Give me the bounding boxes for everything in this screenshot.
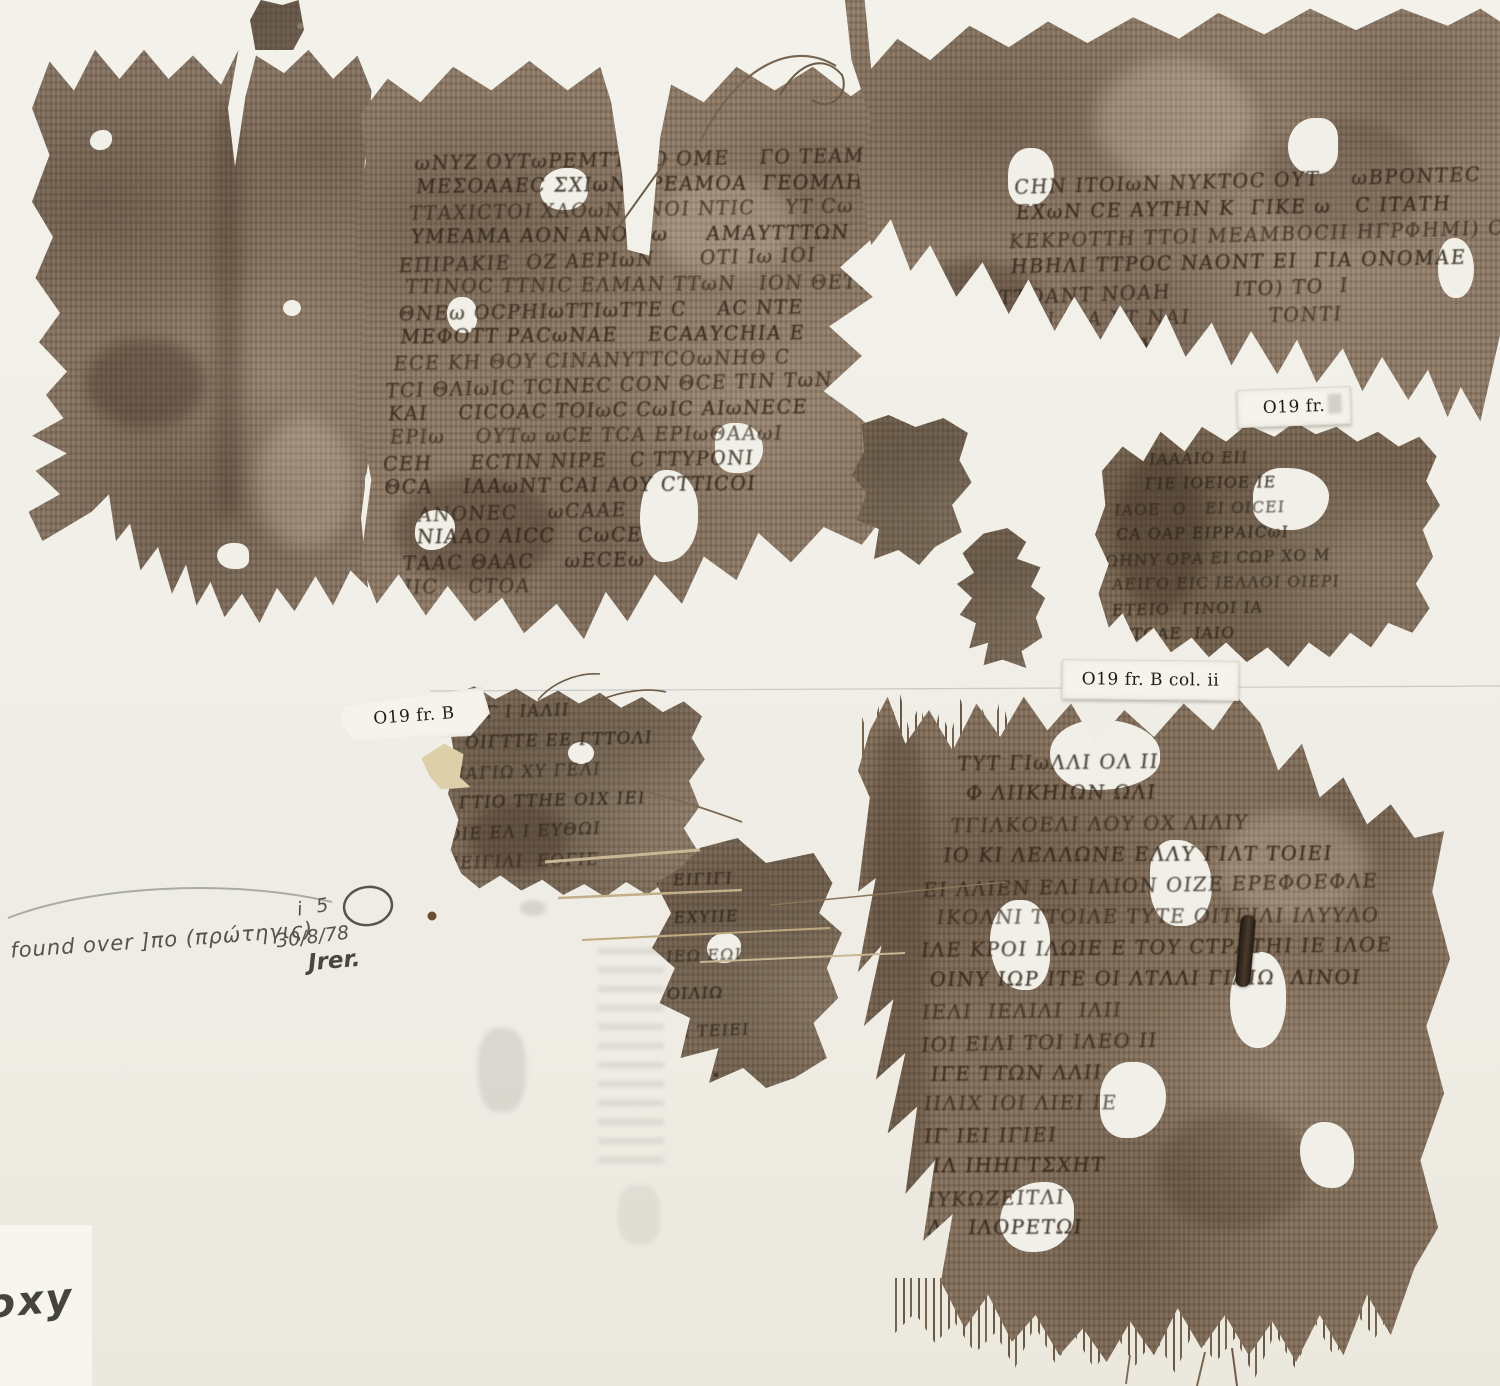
papyrus-fragment-top-middle: ωΝΥΖ ΟΥΤωΡΕΜΤΤΑΙΟ ΟΜΕ ΓΟ ΤΕΑΜΕΜΕΣΟΑΑΕC Σ… <box>355 55 900 645</box>
papyrus-text-line: ΙΙC CΤΟΑ <box>372 571 861 601</box>
papyrus-fragment-bottom-arm: ΕΙΓΙΓΙΕΧΥΙΙΕΙΕΩ ΕΩΙΟΙΛΙΩΟΘΙ ΤΕΙΕΙ <box>652 838 842 1088</box>
papyrus-text-line: ΙΛΕ ΚΡΟΙ ΙΛΩΙΕ Ε ΤΟΥ CΤΡΛΤΗΙ ΙΕ ΙΛΟΕ <box>919 929 1394 966</box>
papyrus-text-line: Ι <box>999 352 1500 390</box>
papyrus-text-line: Φ ΛΙΙΚΗΙΩΝ ΩΛΙ <box>941 775 1415 809</box>
papyrus-fragment-small-bit <box>852 415 974 565</box>
fringe-strand <box>1126 1355 1130 1384</box>
handwritten-initials: Jrer. <box>307 946 361 976</box>
papyrus-text-line: ΕΙΓΙΓΙ <box>671 858 769 899</box>
papyrus-text-line: ΙΚΟΛΝΙ ΤΤΟΙΛΕ ΤΥΤΕ ΟΙΤΓΙΛΙ ΙΛΥΥΛΟ <box>927 900 1401 934</box>
papyrus-text-line: ΙΓ ΙΕΙ ΙΓΙΕΙ <box>899 1115 1374 1152</box>
papyrus-text-line: ΙΓΕ ΤΤΩΝ ΛΛΙΙ <box>906 1053 1381 1090</box>
papyrus-scan: ωΝΥΖ ΟΥΤωΡΕΜΤΤΑΙΟ ΟΜΕ ΓΟ ΤΕΑΜΕΜΕΣΟΑΑΕC Σ… <box>0 0 1500 1386</box>
papyrus-text-line: ΟΙΝΥ ΙΩΡ ΙΤΕ ΟΙ ΛΤΛΛΙ ΓΙΛΙΩ ΛΙΝΟΙ <box>920 962 1394 996</box>
label-slip-o19-fr: O19 fr. <box>1236 386 1351 428</box>
papyrus-text-line: ΤΥΤ ΓΙωΛΛΙ ΟΛ ΙΙ <box>940 743 1415 780</box>
papyrus-text-bottom-right: ΤΥΤ ΓΙωΛΛΙ ΟΛ ΙΙ Φ ΛΙΙΚΗΙΩΝ ΩΛΙ ΤΓΙΛΚΟΕΛ… <box>889 743 1415 1245</box>
papyrus-fragment-top-right: CΗΝ ΙΤΟΙωΝ ΝΥΚΤΟC ΟΥΤ ωΒΡΟΝΤΕCΕΧωΝ CΕ ΑΥ… <box>845 0 1500 430</box>
handwritten-found-note: found over ]πο (πρώτηγις) <box>10 917 314 962</box>
papyrus-fragment-small-bit <box>955 528 1050 668</box>
papyrus-fiber <box>538 674 600 700</box>
glass-seam-line <box>430 686 1500 691</box>
handwritten-corner-oxy: ɔxy <box>0 1275 75 1328</box>
papyrus-text-line: ΤΤΟΑΕ ΙΑΙΟ <box>1107 619 1337 647</box>
handwritten-inventory-number: i 5 <box>295 893 333 920</box>
papyrus-fragment-bottom-right: ΤΥΤ ΓΙωΛΛΙ ΟΛ ΙΙ Φ ΛΙΙΚΗΙΩΝ ΩΛΙ ΤΓΙΛΚΟΕΛ… <box>858 690 1450 1362</box>
papyrus-text-line: ΙΕΩ ΕΩΙ <box>664 934 762 975</box>
ink-offset-ghost <box>478 1028 526 1112</box>
papyrus-text-line: ΟΛΙ ΙΛΟΡΕΤΩΙ <box>893 1210 1367 1244</box>
papyrus-text-mid-right: ΙΑΑΑΙΟ ΕΙΙ ΓΙΕ ΙΟΕΙΟΕ ΙΕΙΑΟΕ Ο ΕΙ ΟΙCΕΙC… <box>1103 443 1348 648</box>
papyrus-fragment-mid-right: ΙΑΑΑΙΟ ΕΙΙ ΓΙΕ ΙΟΕΙΟΕ ΙΕΙΑΟΕ Ο ΕΙ ΟΙCΕΙC… <box>1095 422 1440 667</box>
papyrus-fiber <box>600 690 666 700</box>
papyrus-text-line: ΕΧΥΙΙΕ <box>672 896 771 937</box>
papyrus-text-line: ΙΙΛΙΧ ΙΟΙ ΛΙΕΙ ΙΕ <box>906 1086 1380 1120</box>
papyrus-fragment-top-left <box>25 38 375 623</box>
papyrus-text-column-top-right: CΗΝ ΙΤΟΙωΝ ΝΥΚΤΟC ΟΥΤ ωΒΡΟΝΤΕCΕΧωΝ CΕ ΑΥ… <box>995 161 1500 392</box>
papyrus-speck <box>428 912 437 921</box>
pencil-circle-mark <box>342 884 395 928</box>
label-text: O19 fr. B <box>373 703 456 729</box>
papyrus-text-line: ΤΓΙΛΚΟΕΛΙ ΛΟΥ ΟΧ ΛΙΛΙΥ <box>933 805 1408 842</box>
label-slip-o19-fr-b-col-ii: O19 fr. B col. ii <box>1062 659 1239 701</box>
label-text: O19 fr. B col. ii <box>1082 669 1220 690</box>
ink-offset-ghost <box>618 1185 660 1245</box>
papyrus-text-line: ΟΘΙ ΤΕΙΕΙ <box>653 1010 751 1052</box>
fringe-strand <box>1197 1352 1205 1386</box>
papyrus-text-line: ΙΕΙΓΙΛΙ ΕΟΓΙΕ <box>451 843 642 878</box>
papyrus-text-column-top-middle: ωΝΥΖ ΟΥΤωΡΕΜΤΤΑΙΟ ΟΜΕ ΓΟ ΤΕΑΜΕΜΕΣΟΑΑΕC Σ… <box>368 143 902 602</box>
label-smudge <box>1328 393 1343 413</box>
label-text: O19 fr. <box>1262 396 1325 418</box>
papyrus-text-line: ΟΙΛΙΩ <box>665 973 764 1014</box>
ink-offset-ghost <box>520 900 546 916</box>
fringe-strand <box>1232 1348 1237 1386</box>
papyrus-fragment-top-edge-bit <box>250 0 304 50</box>
ink-offset-ghost <box>598 948 664 1163</box>
pencil-arc <box>8 888 332 918</box>
papyrus-text-bottom-arm: ΕΙΓΙΓΙΕΧΥΙΙΕΙΕΩ ΕΩΙΟΙΛΙΩΟΘΙ ΤΕΙΕΙ <box>658 858 770 1052</box>
